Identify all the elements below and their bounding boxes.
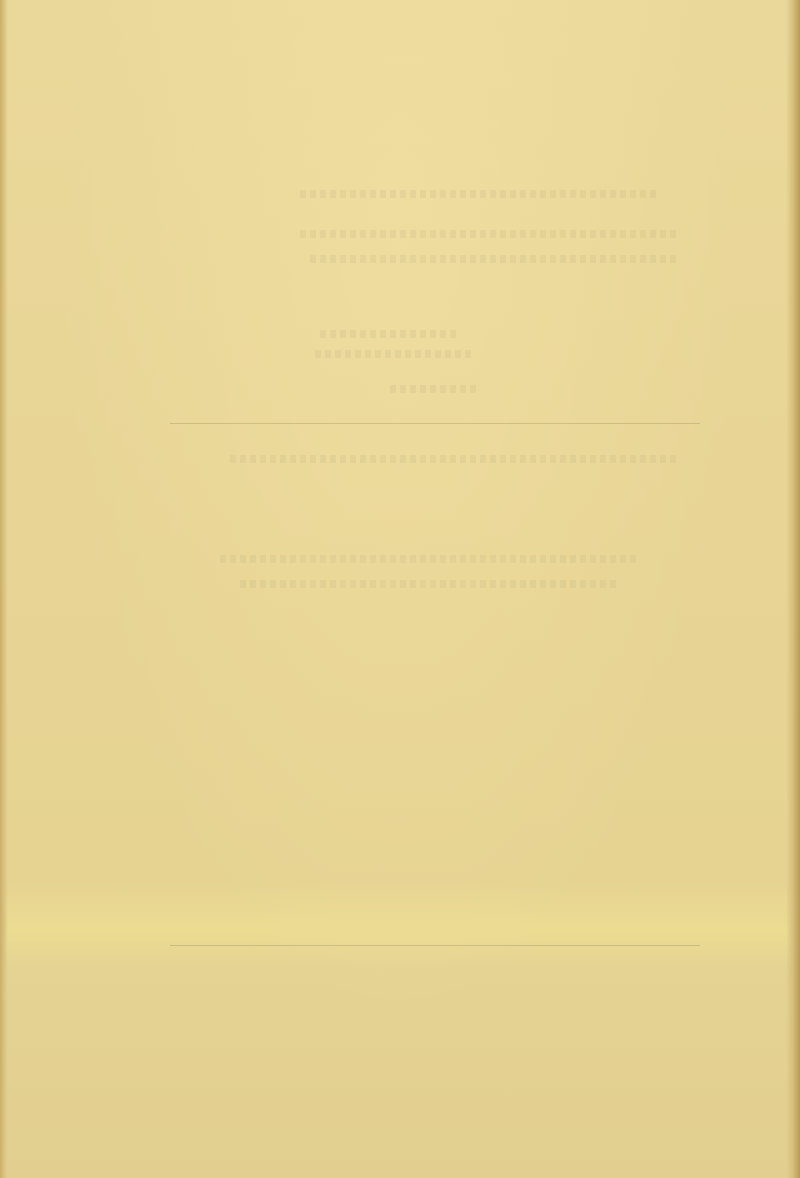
bleed-through-text bbox=[240, 580, 620, 588]
bleed-through-text bbox=[220, 555, 640, 563]
page-right-edge bbox=[786, 0, 800, 1178]
bleed-through-text bbox=[320, 330, 460, 338]
bleed-through-rule bbox=[170, 423, 700, 424]
blank-paper-page bbox=[0, 0, 800, 1178]
bleed-through-text bbox=[315, 350, 475, 358]
bleed-through-text bbox=[390, 385, 480, 393]
bleed-through-text bbox=[300, 190, 660, 198]
bleed-through-rule bbox=[170, 945, 700, 946]
bleed-through-text bbox=[310, 255, 680, 263]
bleed-through-text bbox=[230, 455, 680, 463]
bleed-through-text bbox=[300, 230, 680, 238]
page-left-edge bbox=[0, 0, 8, 1178]
